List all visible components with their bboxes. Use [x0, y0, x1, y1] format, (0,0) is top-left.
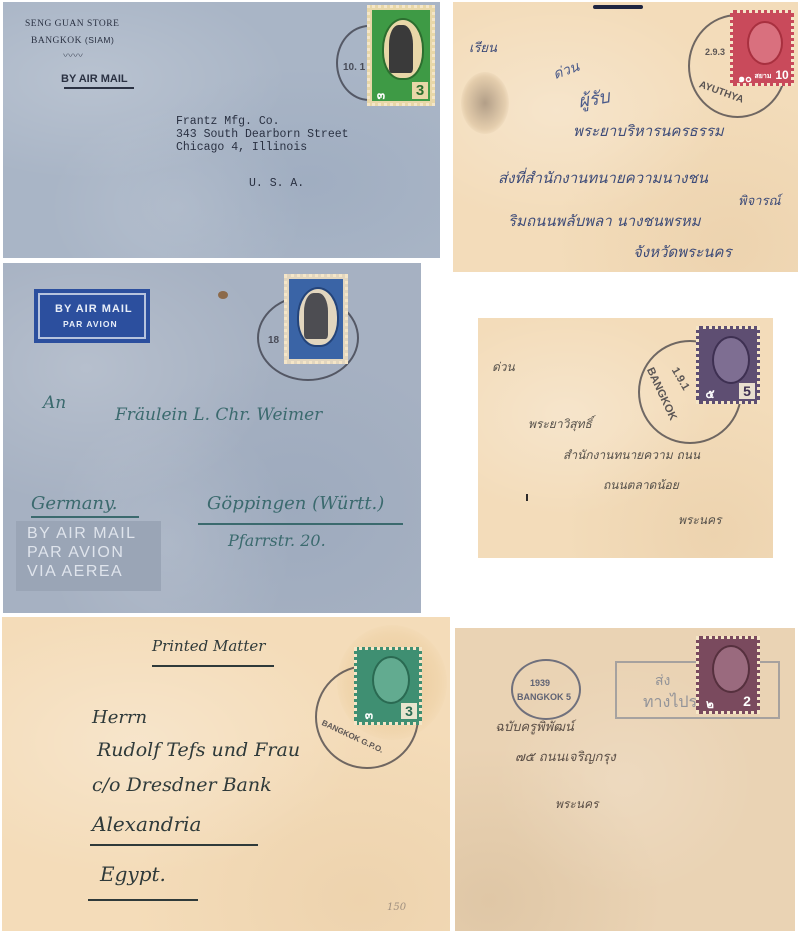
- handwritten-line: เรียน: [469, 37, 497, 58]
- ink-mark: [526, 494, 528, 501]
- stamp-thai-value: ๑๐: [736, 69, 754, 87]
- address-line-2: Rudolf Tefs und Frau: [97, 739, 300, 761]
- envelope-cover-2: เรียน ด่วน ผู้รับ พระยาบริหารนครธรรม ส่ง…: [453, 2, 798, 272]
- stamp-thai-value: ๓: [361, 706, 377, 725]
- printed-matter-header: Printed Matter: [152, 637, 265, 655]
- stamp-5-satang-purple: ๕ 5: [696, 326, 760, 404]
- stamp-3-satang-teal: ๓ 3: [354, 647, 422, 725]
- postmark-town: BANGKOK 5: [517, 692, 571, 702]
- envelope-cover-3: BY AIR MAIL PAR AVION 18 An Fräulein L. …: [3, 263, 421, 613]
- stamp-value: 5: [739, 383, 755, 399]
- handwritten-line: พระนคร: [678, 511, 721, 530]
- handwritten-line: พระนคร: [555, 795, 598, 814]
- handwritten-line: สำนักงานทนายความ ถนน: [563, 446, 700, 465]
- handwritten-line: ถนนตลาดน้อย: [603, 476, 679, 495]
- flourish: 〰〰: [63, 47, 83, 62]
- address-line-2: 343 South Dearborn Street: [176, 128, 349, 141]
- postmark-date: 10. 1: [343, 62, 365, 73]
- handwritten-line: ริมถนนพลับพลา นางชนพรหม: [508, 209, 701, 233]
- address-line-name: Fräulein L. Chr. Weimer: [115, 405, 322, 425]
- airmail-underline: [64, 87, 134, 89]
- envelope-cover-4: ด่วน พระยาวิสุทธิ์ สำนักงานทนายความ ถนน …: [478, 318, 773, 558]
- handwritten-line: ด่วน: [550, 56, 582, 86]
- city-underline: [198, 523, 403, 525]
- handwritten-line: ด่วน: [492, 358, 515, 377]
- airmail-etiquette-line-1: BY AIR MAIL: [55, 303, 133, 315]
- handwritten-line: ๗๕ ถนนเจริญกรุง: [515, 746, 616, 767]
- postmark: [511, 659, 581, 720]
- airmail-printed-line-3: VIA AEREA: [27, 563, 123, 581]
- address-line-5: Egypt.: [100, 862, 166, 886]
- address-line-city: Göppingen (Württ.): [207, 493, 384, 514]
- handwritten-line: ฉบับครูพิพัฒน์: [495, 716, 574, 737]
- address-country: U. S. A.: [249, 177, 304, 190]
- envelope-cover-6: 1939 BANGKOK 5 ส่ง ทางไปรษณีย์ ๒ 2 ฉบับค…: [455, 628, 795, 931]
- airmail-printed-line-2: PAR AVION: [27, 544, 124, 562]
- address-line-1: Herrn: [92, 707, 147, 728]
- envelope-cover-5: Printed Matter BANGKOK G.P.O. ๓ 3 Herrn …: [2, 617, 450, 931]
- sender-city: BANGKOK (SIAM): [31, 35, 114, 46]
- address-line-an: An: [43, 393, 66, 413]
- ink-mark: [593, 5, 643, 9]
- country-underline: [88, 899, 198, 901]
- handwritten-line: ส่งที่สำนักงานทนายความนางชน: [498, 166, 708, 190]
- airmail-etiquette-line-2: PAR AVION: [63, 319, 118, 329]
- airmail-printed-line-1: BY AIR MAIL: [27, 525, 137, 543]
- stamp-3-satang-green: ๓ 3: [367, 5, 435, 106]
- stamp-thai-value: ๒: [702, 695, 718, 714]
- stamp-value: 3: [412, 82, 428, 99]
- airmail-label: BY AIR MAIL: [61, 73, 128, 85]
- postmark-date: 2.9.3: [705, 47, 725, 57]
- stamp-value: 2: [739, 693, 755, 709]
- slogan-cancel-line-1: ส่ง: [655, 670, 670, 692]
- header-underline: [152, 665, 274, 667]
- address-line-3: Chicago 4, Illinois: [176, 141, 307, 154]
- stamp-thai-value: ๓: [374, 86, 388, 105]
- postmark-date: 1939: [530, 678, 550, 688]
- stamp-10-satang-red: ๑๐ สยาม 10: [730, 10, 794, 86]
- handwritten-line: ผู้รับ: [576, 81, 612, 115]
- address-line-street: Pfarrstr. 20.: [228, 531, 326, 550]
- envelope-cover-1: SENG GUAN STORE BANGKOK (SIAM) 〰〰 BY AIR…: [3, 2, 440, 258]
- stamp-2-satang-maroon: ๒ 2: [696, 636, 760, 714]
- handwritten-line: พระยาบริหารนครธรรม: [573, 119, 724, 143]
- postmark-date: 18: [268, 335, 279, 346]
- airmail-etiquette: [34, 289, 150, 343]
- stamp-value: 10: [773, 68, 791, 82]
- water-stain: [461, 72, 509, 134]
- handwritten-line: พระยาวิสุทธิ์: [528, 415, 592, 434]
- pencil-note: 150: [387, 902, 406, 913]
- rust-spot: [218, 291, 228, 299]
- handwritten-line: จังหวัดพระนคร: [633, 240, 732, 264]
- sender-name: SENG GUAN STORE: [25, 19, 119, 29]
- stamp-country: สยาม: [754, 71, 772, 82]
- country-underline: [31, 516, 139, 518]
- address-line-4: Alexandria: [92, 812, 201, 836]
- address-line-1: Frantz Mfg. Co.: [176, 115, 280, 128]
- stamp-blue-portrait: [284, 274, 348, 364]
- city-underline: [90, 844, 258, 846]
- handwritten-line: พิจารณ์: [738, 190, 781, 211]
- stamp-thai-value: ๕: [702, 385, 718, 404]
- stamp-value: 3: [401, 703, 417, 719]
- address-line-country: Germany.: [31, 493, 118, 514]
- address-line-3: c/o Dresdner Bank: [92, 774, 272, 796]
